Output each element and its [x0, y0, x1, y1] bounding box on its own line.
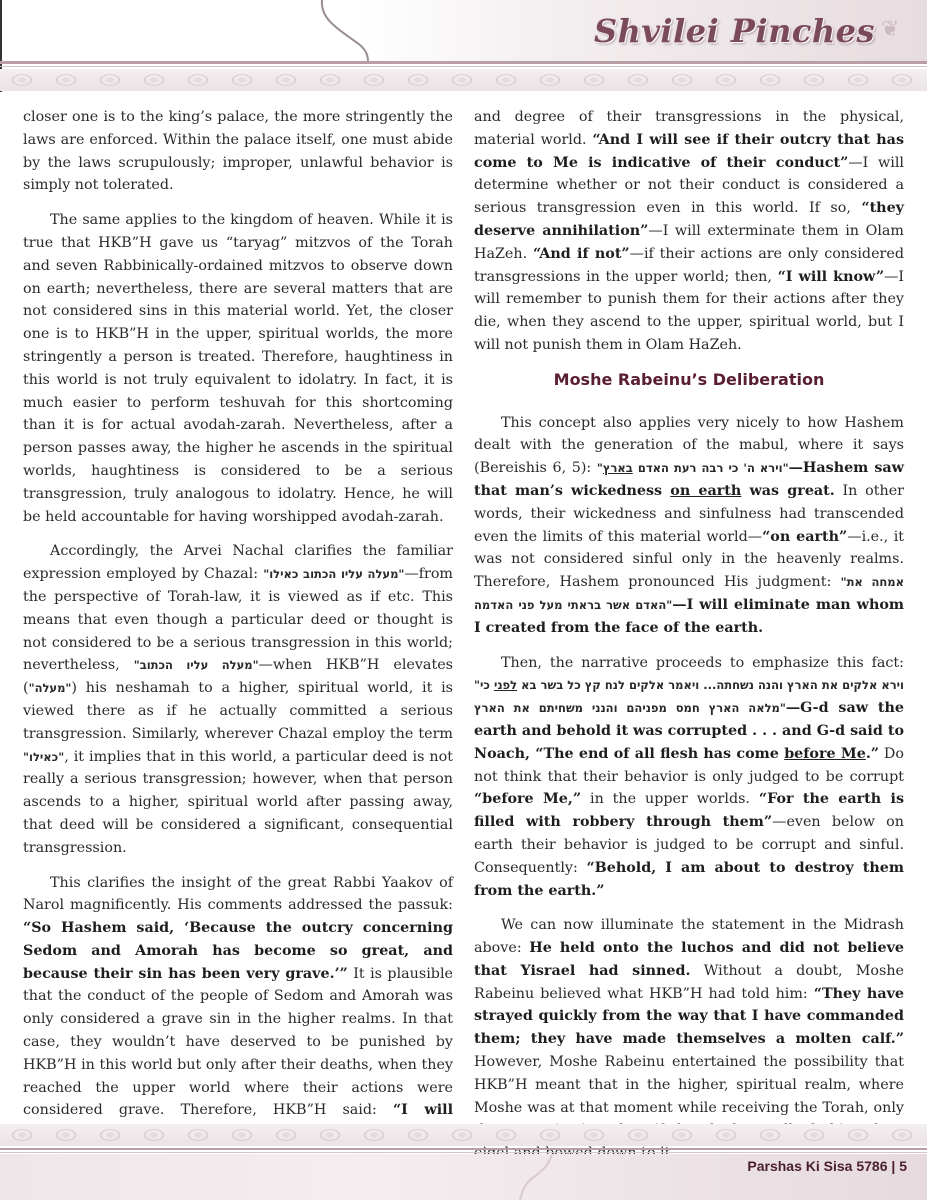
footer-ornamental-border [0, 1124, 927, 1146]
parsha-label: Parshas Ki Sisa 5786 [747, 1158, 887, 1174]
hebrew-quote: "כאילו" [23, 750, 64, 764]
hebrew-quote: "מעלה" [29, 681, 72, 695]
header-divider-curve [300, 0, 420, 64]
bold-quote: “And if not” [533, 246, 630, 262]
paragraph: closer one is to the king’s palace, the … [23, 106, 453, 197]
paragraph: Accordingly, the Arvei Nachal clarifies … [23, 540, 453, 859]
header-ornamental-border [0, 69, 927, 91]
section-heading: Moshe Rabeinu’s Deliberation [474, 369, 904, 392]
page-footer-label: Parshas Ki Sisa 5786 | 5 [747, 1158, 907, 1174]
paragraph: This clarifies the insight of the great … [23, 872, 453, 1146]
header-rule-thin [0, 66, 927, 67]
page-header: Shvilei Pinches ❦ [0, 0, 927, 100]
footer-separator: | [891, 1158, 895, 1174]
hebrew-quote: "מעלה עליו הכתוב" [134, 658, 259, 672]
paragraph: This concept also applies very nicely to… [474, 412, 904, 640]
page-number: 5 [899, 1158, 907, 1174]
footer-rule-thin [0, 1152, 927, 1153]
page-footer: Parshas Ki Sisa 5786 | 5 [0, 1118, 927, 1200]
header-rule [0, 61, 927, 64]
paragraph: Then, the narrative proceeds to emphasiz… [474, 652, 904, 903]
bold-quote: “on earth” [762, 529, 847, 545]
bold-quote: “before Me,” [474, 791, 581, 807]
hebrew-quote: "וירא ה' כי רבה רעת האדם בארץ" [597, 461, 789, 475]
right-column: and degree of their transgressions in th… [474, 106, 904, 1177]
ornament-swirl-icon: ❦ [881, 18, 901, 42]
footer-divider-curve [500, 1154, 560, 1200]
left-column: closer one is to the king’s palace, the … [23, 106, 453, 1157]
publication-title: Shvilei Pinches [594, 12, 875, 50]
hebrew-quote: "מעלה עליו הכתוב כאילו" [263, 567, 404, 581]
bold-quote: “I will know” [778, 269, 885, 285]
paragraph: and degree of their transgressions in th… [474, 106, 904, 357]
footer-rule [0, 1148, 927, 1150]
paragraph: The same applies to the kingdom of heave… [23, 209, 453, 528]
